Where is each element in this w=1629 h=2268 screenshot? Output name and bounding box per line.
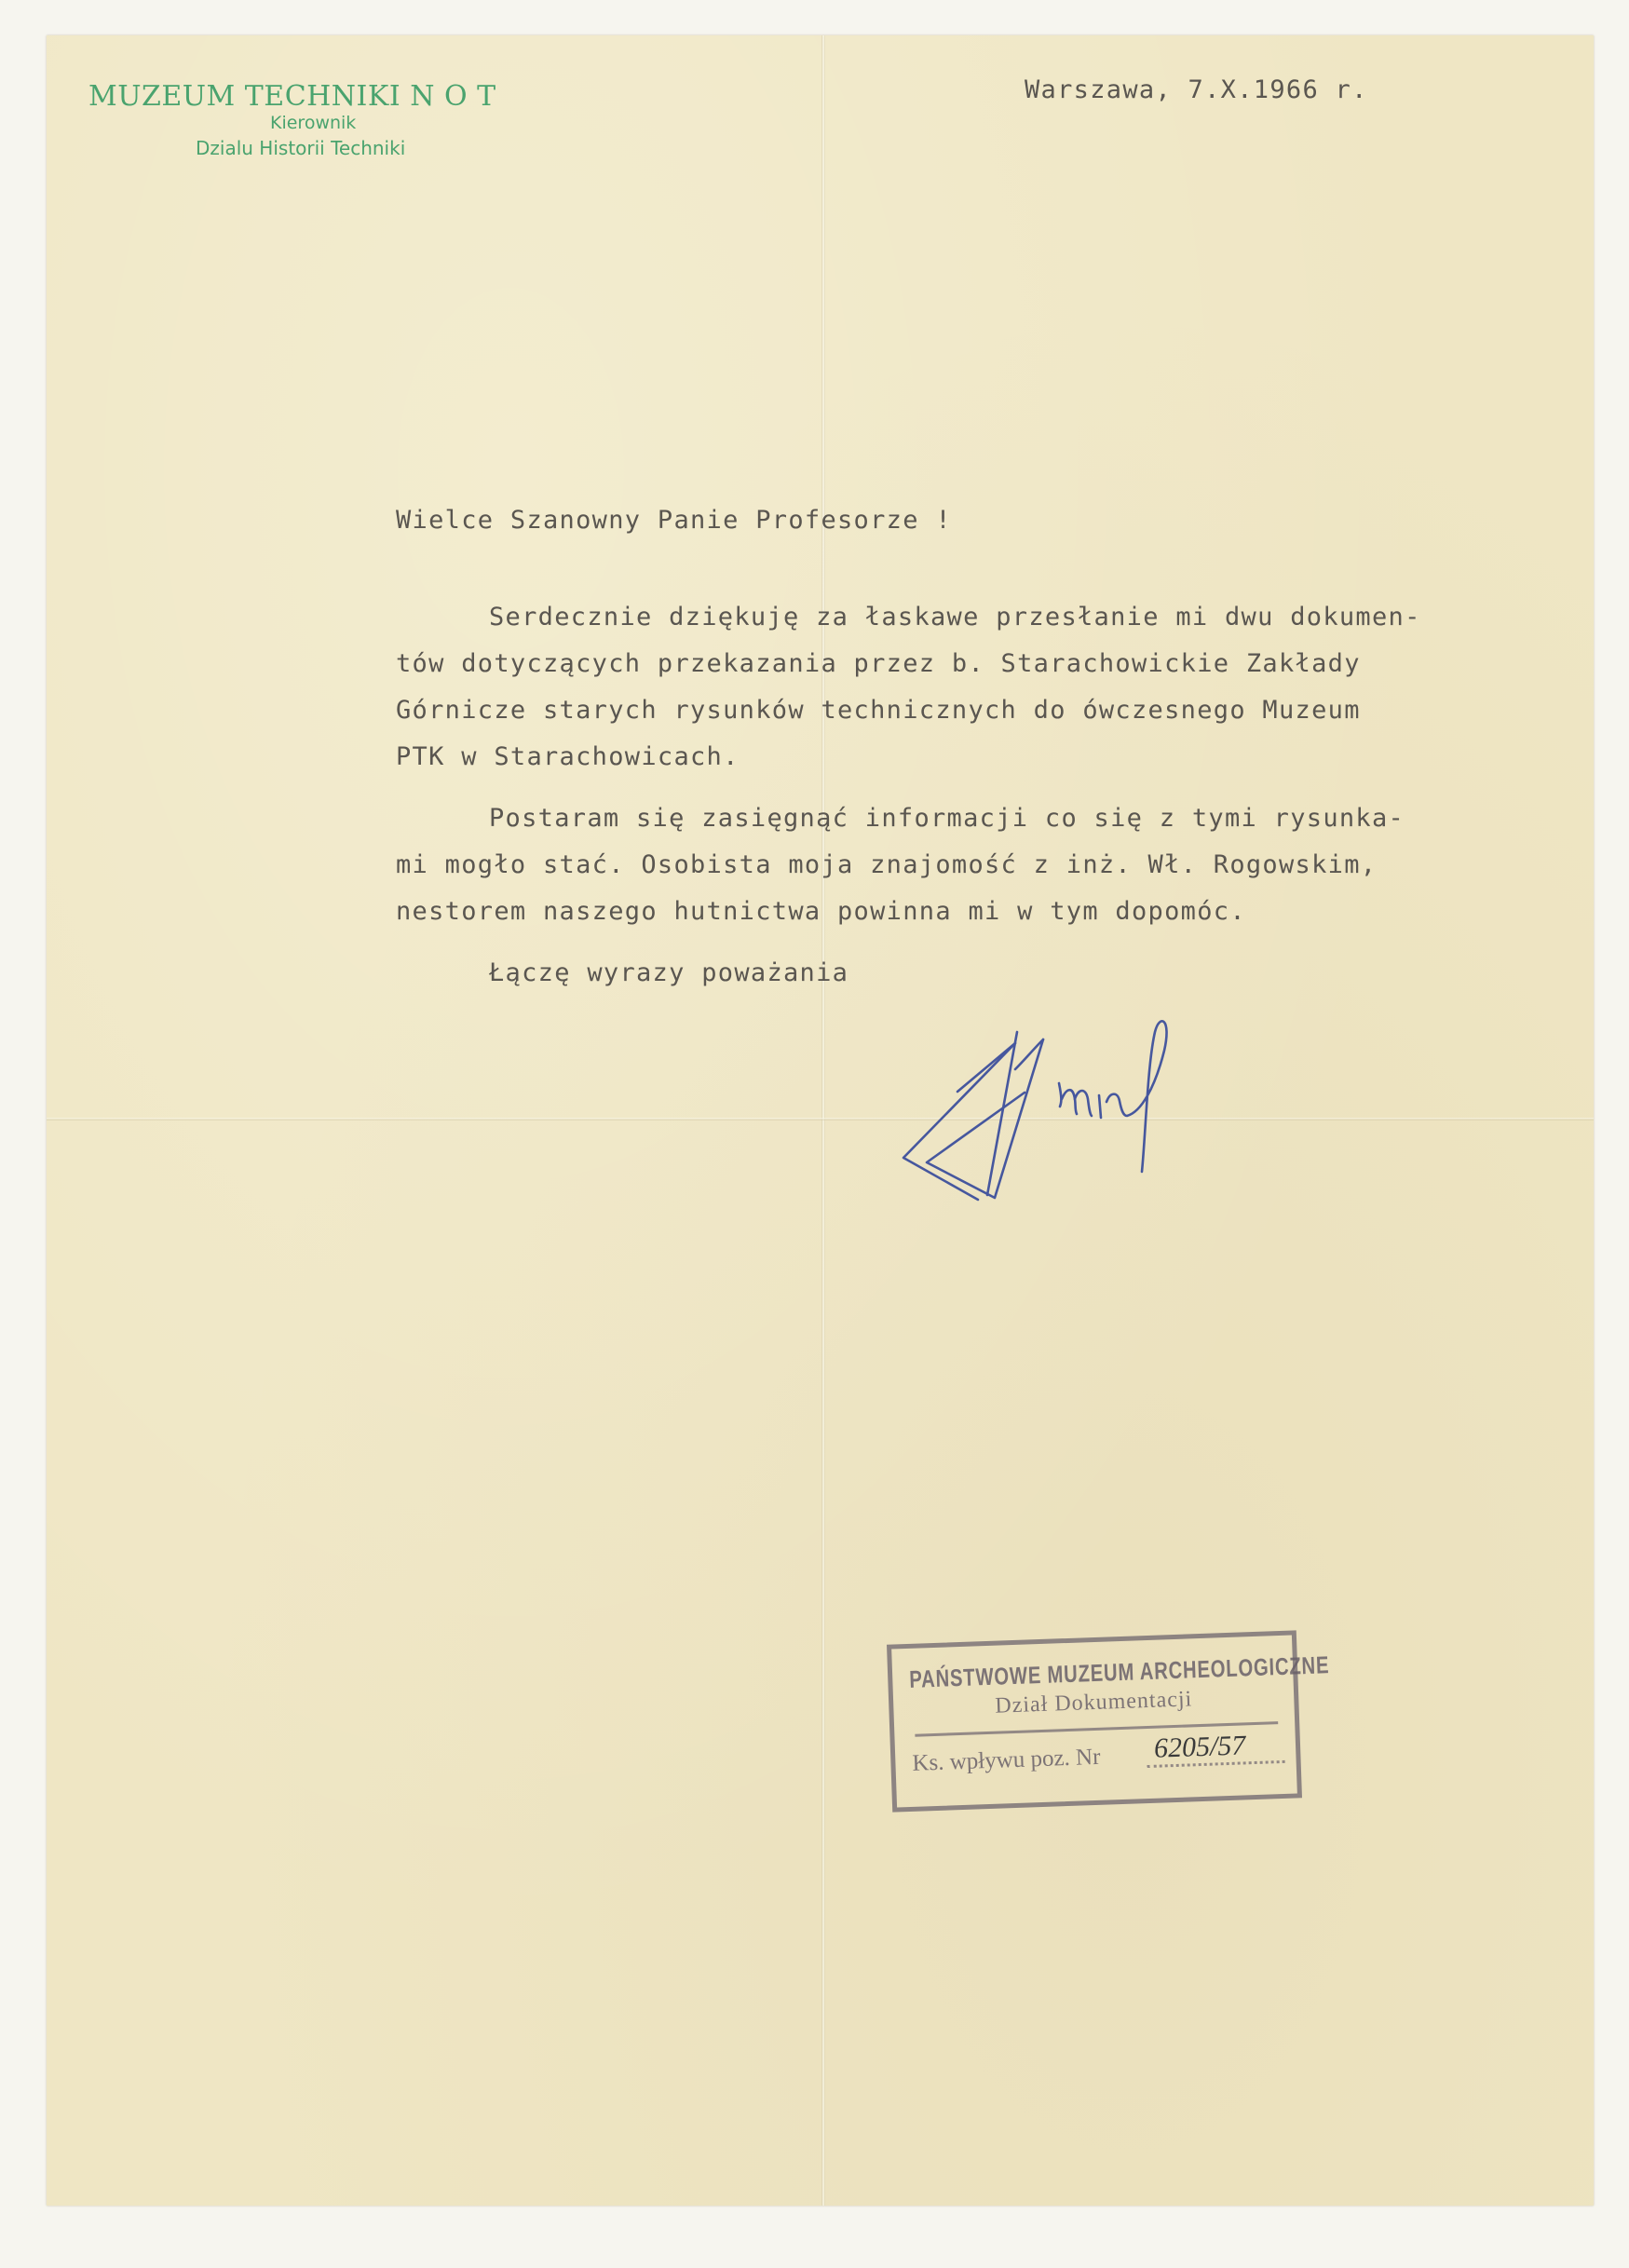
closing: Łączę wyrazy poważania [396, 950, 1607, 997]
horizontal-fold-crease [47, 1118, 1594, 1120]
paragraph-2-line-2: mi mogło stać. Osobista moja znajomość z… [396, 842, 1607, 889]
letter-page: MUZEUM TECHNIKI N O T Kierownik Dzialu H… [47, 35, 1594, 2206]
vertical-fold-crease [821, 35, 825, 2206]
paragraph-1-line-2: tów dotyczących przekazania przez b. Sta… [396, 641, 1607, 687]
paragraph-1-line-3: Górnicze starych rysunków technicznych d… [396, 687, 1607, 734]
letter-body: Serdecznie dziękuję za łaskawe przesłani… [396, 594, 1607, 997]
stamp-entry-label: Ks. wpływu poz. Nr [912, 1745, 1101, 1777]
paragraph-2-line-3: nestorem naszego hutnictwa powinna mi w … [396, 889, 1607, 935]
archive-stamp: PAŃSTWOWE MUZEUM ARCHEOLOGICZNE Dział Do… [887, 1630, 1302, 1812]
signature-icon [876, 995, 1192, 1209]
paragraph-1-line-4: PTK w Starachowicach. [396, 734, 1607, 781]
letterhead-department: Dzialu Historii Techniki [196, 137, 554, 159]
letter-date: Warszawa, 7.X.1966 r. [1025, 75, 1368, 104]
letterhead-title: MUZEUM TECHNIKI N O T [88, 80, 554, 113]
letterhead-position: Kierownik [270, 113, 554, 133]
letterhead-stamp: MUZEUM TECHNIKI N O T Kierownik Dzialu H… [88, 80, 554, 159]
paragraph-1-line-1: Serdecznie dziękuję za łaskawe przesłani… [396, 594, 1607, 641]
stamp-entry-number: 6205/57 [1146, 1729, 1284, 1768]
handwritten-signature [876, 995, 1192, 1209]
salutation: Wielce Szanowny Panie Profesorze ! [396, 506, 952, 535]
paragraph-2-line-1: Postaram się zasięgnąć informacji co się… [396, 795, 1607, 842]
